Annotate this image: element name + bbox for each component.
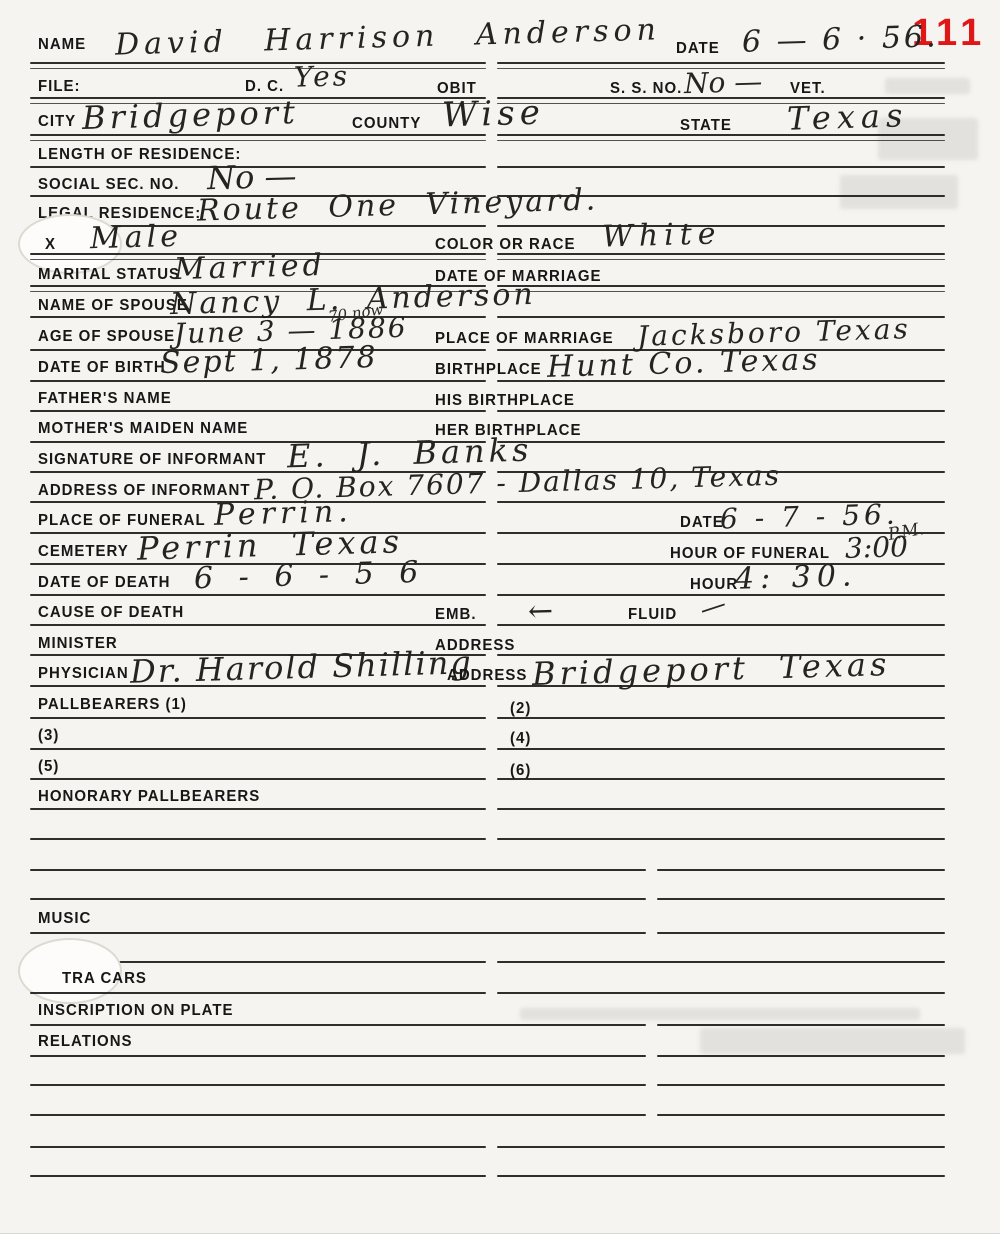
field-label-funeral-date: DATE: [680, 514, 724, 532]
field-label-pallbearers-4: (4): [510, 730, 531, 748]
field-value-dc: Yes: [294, 59, 351, 94]
blank-rule-line: [30, 869, 646, 871]
rule-line: [657, 1024, 945, 1026]
field-value-birthplace: Hunt Co. Texas: [547, 342, 821, 385]
rule-line: [497, 410, 945, 412]
rule-line: [497, 291, 945, 292]
rule-line: [30, 808, 486, 810]
field-label-place-of-funeral: PLACE OF FUNERAL: [38, 512, 206, 530]
field-value-physician: Dr. Harold Shilling: [130, 643, 474, 691]
field-label-social-sec-no: SOCIAL SEC. NO.: [38, 176, 179, 194]
rule-line: [30, 410, 486, 412]
rule-line: [497, 778, 945, 780]
rule-line: [497, 992, 945, 994]
blank-rule-line: [657, 898, 945, 900]
rule-line: [497, 808, 945, 810]
field-label-address-of-informant: ADDRESS OF INFORMANT: [38, 482, 251, 500]
rule-line: [497, 624, 945, 626]
field-label-name: NAME: [38, 36, 86, 54]
rule-line: [30, 62, 486, 64]
field-label-cause-of-death: CAUSE OF DEATH: [38, 604, 184, 622]
field-label-music: MUSIC: [38, 910, 91, 928]
rule-line: [497, 259, 945, 260]
rule-line: [30, 134, 486, 136]
scanned-funeral-record-form: 111 NAME David Harrison Anderson DATE 6 …: [0, 0, 1000, 1259]
rule-line: [497, 166, 945, 168]
bleedthrough-smudge: [840, 175, 958, 209]
field-value-county: Wise: [441, 93, 545, 136]
field-label-physician: PHYSICIAN: [38, 665, 129, 683]
blank-rule-line: [30, 898, 646, 900]
field-label-name-of-spouse: NAME OF SPOUSE: [38, 297, 188, 315]
blank-rule-line: [657, 1114, 945, 1116]
blank-rule-line: [30, 1084, 646, 1086]
field-label-pallbearers-3: (3): [38, 727, 59, 745]
field-label-pallbearers-5: (5): [38, 758, 59, 776]
blank-rule-line: [497, 838, 945, 840]
rule-line: [497, 685, 945, 687]
field-label-honorary-pallbearers: HONORARY PALLBEARERS: [38, 788, 260, 806]
field-value-date-of-birth: Sept 1, 1878: [160, 340, 379, 381]
rule-line: [30, 717, 486, 719]
rule-line: [497, 253, 945, 255]
field-value-sex: Male: [90, 219, 183, 257]
rule-line: [497, 140, 945, 141]
field-value-ssn-top: No —: [684, 65, 763, 100]
rule-line: [30, 1055, 646, 1057]
blank-rule-line: [657, 1084, 945, 1086]
rule-line: [497, 717, 945, 719]
field-label-birthplace: BIRTHPLACE: [435, 361, 542, 379]
field-label-ssn-top: S. S. NO.: [610, 80, 682, 98]
field-label-city: CITY: [38, 113, 76, 131]
bleedthrough-smudge: [885, 78, 970, 94]
field-value-name: David Harrison Anderson: [115, 12, 662, 62]
field-label-vet: VET.: [790, 80, 826, 98]
field-label-extra-cars: TRA CARS: [62, 970, 147, 988]
blank-rule-line: [30, 1114, 646, 1116]
rule-line: [30, 778, 486, 780]
field-label-county: COUNTY: [352, 115, 421, 133]
bleedthrough-smudge: [700, 1028, 965, 1054]
bleedthrough-smudge: [520, 1008, 920, 1020]
field-value-date: 6 — 6 · 56.: [742, 19, 939, 59]
field-label-file: FILE:: [38, 78, 81, 96]
field-label-marital-status: MARITAL STATUS: [38, 266, 180, 284]
blank-rule-line: [497, 1175, 945, 1177]
rule-line: [497, 441, 945, 443]
field-label-date-of-birth: DATE OF BIRTH: [38, 359, 166, 377]
field-label-pallbearers-1: PALLBEARERS (1): [38, 696, 187, 714]
field-value-date-of-death: 6 - 6 - 5 6: [194, 555, 427, 596]
field-label-signature-of-informant: SIGNATURE OF INFORMANT: [38, 451, 266, 469]
rule-line: [30, 992, 486, 994]
field-label-pallbearers-2: (2): [510, 700, 531, 718]
field-value-city: Bridgeport: [82, 93, 300, 137]
field-label-place-of-marriage: PLACE OF MARRIAGE: [435, 330, 614, 348]
rule-line: [30, 594, 486, 596]
blank-rule-line: [657, 869, 945, 871]
blank-rule-line: [497, 1146, 945, 1148]
field-label-inscription-on-plate: INSCRIPTION ON PLATE: [38, 1002, 234, 1020]
field-value-funeral-date: 6 - 7 - 56.: [720, 498, 900, 536]
field-label-pallbearers-6: (6): [510, 762, 531, 780]
field-label-minister: MINISTER: [38, 635, 118, 653]
field-value-state: Texas: [786, 96, 908, 137]
field-label-mothers-maiden-name: MOTHER'S MAIDEN NAME: [38, 420, 248, 438]
field-label-fluid: FLUID: [628, 606, 677, 624]
field-label-physician-address: ADDRESS: [447, 667, 527, 685]
rule-line: [30, 1024, 646, 1026]
field-label-sex: X: [45, 236, 56, 254]
rule-line: [30, 624, 486, 626]
field-label-state: STATE: [680, 117, 732, 135]
rule-line: [497, 134, 945, 136]
blank-rule-line: [30, 1146, 486, 1148]
field-label-emb: EMB.: [435, 606, 477, 624]
blank-rule-line: [30, 1175, 486, 1177]
rule-line: [497, 748, 945, 750]
rule-line: [657, 1055, 945, 1057]
blank-rule-line: [497, 961, 945, 963]
field-value-hour: 4: 30.: [735, 558, 858, 596]
field-label-color-or-race: COLOR OR RACE: [435, 236, 576, 254]
field-value-color-or-race: White: [602, 216, 722, 254]
field-label-fathers-name: FATHER'S NAME: [38, 390, 172, 408]
rule-line: [497, 380, 945, 382]
field-label-date: DATE: [676, 40, 720, 58]
field-label-cemetery: CEMETERY: [38, 543, 129, 561]
rule-line: [30, 748, 486, 750]
field-label-his-birthplace: HIS BIRTHPLACE: [435, 392, 575, 410]
field-value-marital-status: Married: [174, 248, 327, 287]
rule-line: [30, 380, 486, 382]
rule-line: [30, 140, 486, 141]
field-label-relations: RELATIONS: [38, 1033, 133, 1051]
rule-line: [497, 285, 945, 287]
rule-line: [30, 932, 646, 934]
field-label-age-of-spouse: AGE OF SPOUSE: [38, 328, 175, 346]
rule-line: [497, 563, 945, 565]
rule-line: [657, 932, 945, 934]
rule-line: [497, 62, 945, 64]
rule-line: [30, 68, 486, 69]
field-label-date-of-death: DATE OF DEATH: [38, 574, 170, 592]
blank-rule-line: [30, 838, 486, 840]
rule-line: [30, 685, 486, 687]
